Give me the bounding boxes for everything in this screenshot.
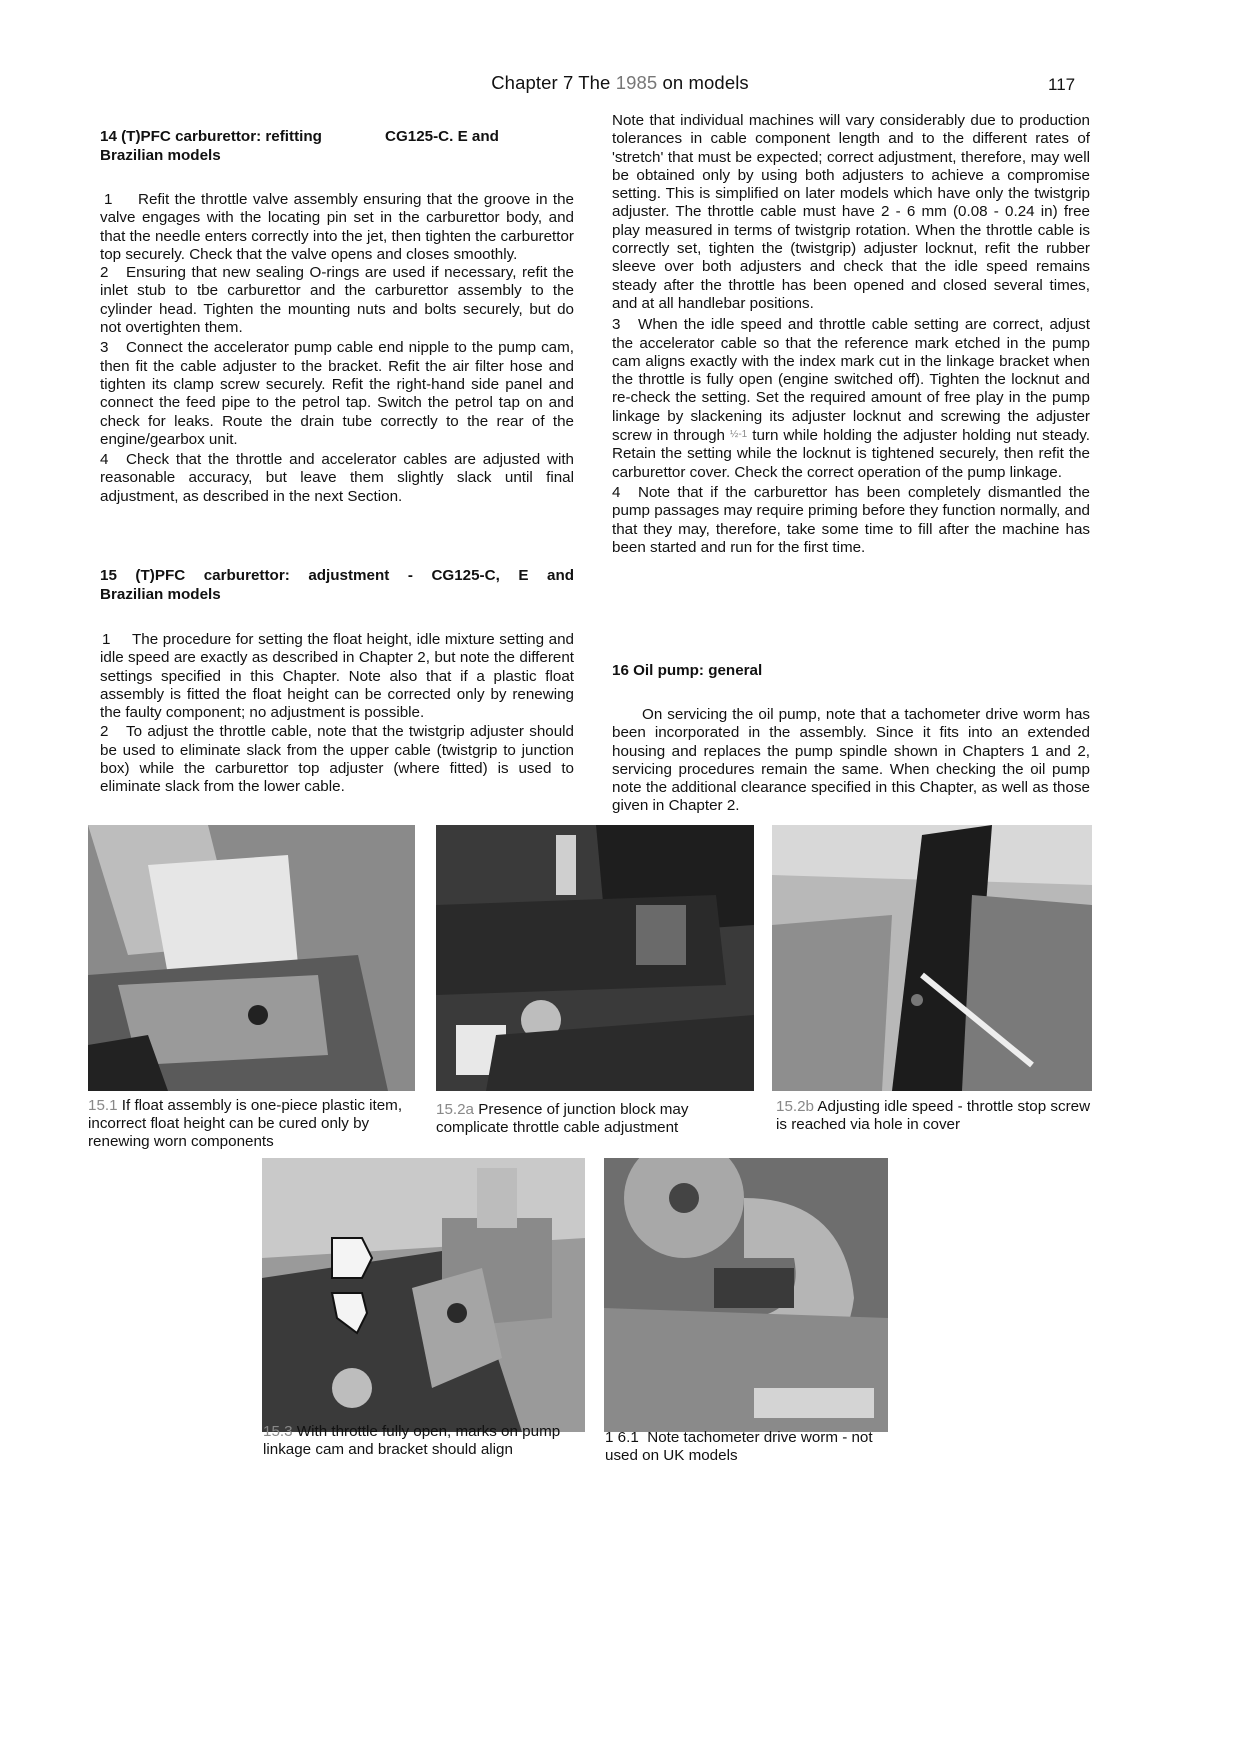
figure-15-3-caption: 15.3 With throttle fully open, marks on … [263,1423,593,1459]
idle-speed-adjust-photo-icon [772,825,1092,1091]
paragraph: 2To adjust the throttle cable, note that… [100,723,574,796]
header-title-suffix: on models [663,72,749,93]
figure-15-3-photo [262,1158,585,1432]
paragraph: 1Refit the throttle valve assembly ensur… [100,191,574,264]
paragraph-continuation: Note that individual machines will vary … [612,112,1090,313]
figure-16-1-caption: 1 6.1 Note tachometer drive worm - not u… [605,1429,905,1465]
section-16-heading: 16 Oil pump: general [612,661,1090,680]
paragraph: On servicing the oil pump, note that a t… [612,706,1090,816]
section-15-heading: 15 (T)PFC carburettor: adjustment - CG12… [100,566,574,604]
header-title-prefix: Chapter 7 The [491,72,610,93]
fraction: ½-1 [730,429,747,440]
figure-15-2b-photo [772,825,1092,1091]
section-14-heading: 14 (T)PFC carburettor: refitting CG125-C… [100,127,574,165]
junction-block-photo-icon [436,825,754,1091]
header-year: 1985 [616,72,658,93]
arrow-pointer-icon [332,1238,372,1278]
section-15-body-left: 1The procedure for setting the float hei… [100,631,574,797]
paragraph: 1The procedure for setting the float hei… [100,631,574,722]
figure-15-1-photo [88,825,415,1091]
page-number: 117 [1048,75,1075,95]
figure-16-1-photo [604,1158,888,1432]
float-assembly-photo-icon [88,825,415,1091]
figure-15-2a-caption: 15.2a Presence of junction block may com… [436,1101,756,1137]
section-16-body: On servicing the oil pump, note that a t… [612,706,1090,816]
section-15-body-right: Note that individual machines will vary … [612,112,1090,557]
section-15-heading-line1: 15 (T)PFC carburettor: adjustment - CG12… [100,566,574,585]
pump-linkage-photo-icon [262,1158,585,1432]
section-14-body: 1Refit the throttle valve assembly ensur… [100,191,574,506]
figure-15-1-caption: 15.1 If float assembly is one-piece plas… [88,1097,418,1151]
figure-15-2a-photo [436,825,754,1091]
section-14-heading-left: 14 (T)PFC carburettor: refitting [100,128,322,145]
section-14-heading-line2: Brazilian models [100,146,574,165]
section-14-heading-right: CG125-C. E and [385,127,499,146]
paragraph: 4Note that if the carburettor has been c… [612,484,1090,557]
paragraph: 2Ensuring that new sealing O-rings are u… [100,264,574,337]
paragraph: 3Connect the accelerator pump cable end … [100,339,574,449]
oil-pump-photo-icon [604,1158,888,1432]
paragraph: 4Check that the throttle and accelerator… [100,451,574,506]
paragraph: 3When the idle speed and throttle cable … [612,316,1090,482]
figure-15-2b-caption: 15.2b Adjusting idle speed - throttle st… [776,1098,1096,1134]
section-15-heading-line2: Brazilian models [100,585,574,604]
